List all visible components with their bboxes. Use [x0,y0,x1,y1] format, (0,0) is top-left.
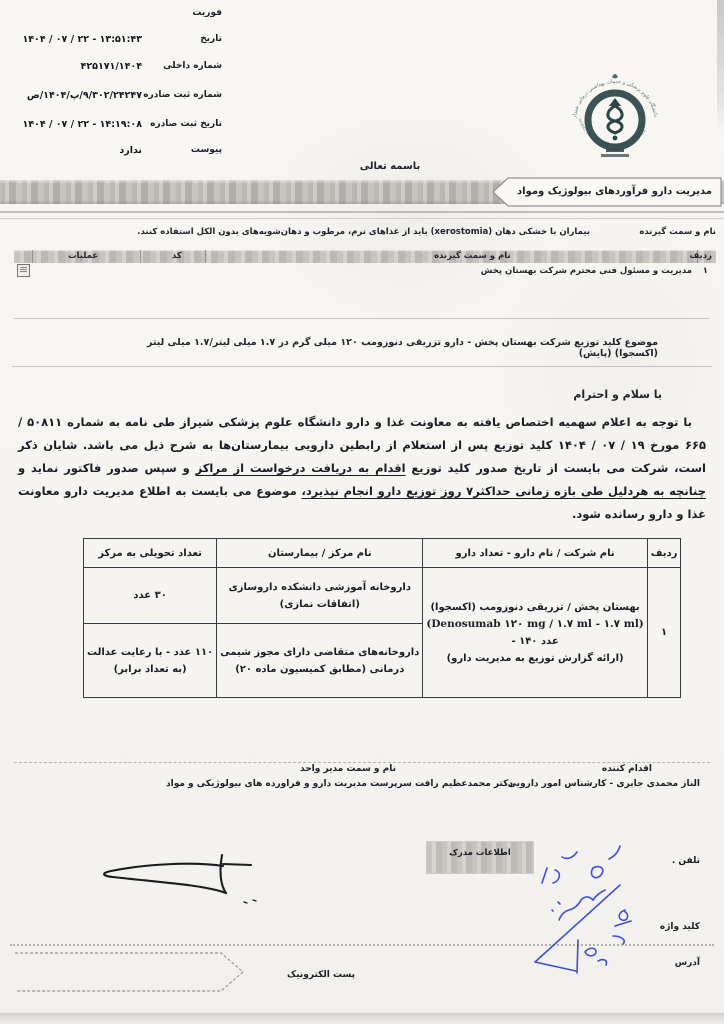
col-header-code: کد [172,251,182,261]
col-header-name: نام و سمت گیرنده [434,251,511,261]
column-divider [32,250,33,263]
col-header-actions: عملیات [68,251,98,261]
cell-center-name: داروخانه آموزشی دانشکده داروسازی (اتفاقا… [217,568,423,624]
column-divider [205,250,206,263]
cell-center-qty: ۳۰ عدد [84,568,217,624]
scanned-letter-page: فوریت تاریخ ۱۳:۵۱:۴۳ - ۲۲ / ۰۷ / ۱۴۰۴ شم… [0,0,724,1024]
university-logo: دانشگاه علوم پزشکی و خدمات بهداشتی درمان… [560,65,670,177]
recipient-health-tip: بیماران با خشکی دهان (xerostomia) باید ا… [137,227,590,237]
drug-line: بهستان پخش / تزریقی دنوزومب (اکسجوا) [426,599,643,616]
th-center: نام مرکز / بیمارستان [217,539,423,568]
th-qty: تعداد تحویلی به مرکز [84,539,217,568]
section-divider [14,318,710,319]
drug-line: - ۱۴۰ عدد [426,633,643,650]
column-divider [140,250,141,263]
meta-value: ۹/۳۰۲/۲۴۲۴۷/پ/۱۴۰۴/ص [27,90,142,101]
th-row-index: ردیف [647,539,681,568]
handwritten-signature-icon [95,845,265,910]
section-divider [12,366,712,367]
address-label: آدرس [675,958,700,968]
cell-drug-info: بهستان پخش / تزریقی دنوزومب (اکسجوا) (De… [423,568,647,698]
keyword-label: کلید واژه [660,922,700,932]
university-seal-icon: دانشگاه علوم پزشکی و خدمات بهداشتی درمان… [560,65,670,177]
scan-edge-artifact [717,0,724,130]
meta-label: تاریخ [200,34,222,44]
phone-label: تلفن . [672,856,700,866]
table-header-row: ردیف نام شرکت / نام دارو - تعداد دارو نا… [84,539,681,568]
recipient-row-index: ۱ [703,266,708,276]
recipient-row-name: مدیریت و مسئول فنی محترم شرکت بهستان پخش [481,266,692,276]
subject-line: موضوع کلید توزیع شرکت بهستان پخش - دارو … [110,337,658,359]
body-paragraph: با توجه به اعلام سهمیه اختصاص یافته به م… [18,411,706,526]
cell-row-index: ۱ [647,568,681,698]
distribution-table: ردیف نام شرکت / نام دارو - تعداد دارو نا… [83,538,681,698]
department-banner-label: مدیریت دارو فرآوردهای بیولوژیک ومواد [512,177,717,207]
col-header-row: ردیف [689,251,712,261]
qty-line: ۱۱۰ عدد - با رعایت عدالت [87,644,213,661]
body-segment: چنانچه به هردلیل طی بازه زمانی حداکثر۷ ر… [302,484,707,498]
center-name-line: داروخانه آموزشی دانشکده داروسازی [220,579,419,596]
unit-manager-label: نام و سمت مدیر واحد [300,764,396,774]
cell-center-qty: ۱۱۰ عدد - با رعایت عدالت (به تعداد برابر… [84,624,217,698]
recipient-table-header: ردیف نام و سمت گیرنده کد عملیات [14,250,716,263]
center-name-line: درمانی (مطابق کمیسیون ماده ۲۰) [220,661,419,678]
meta-label: تاریخ ثبت صادره [150,119,222,129]
doc-info-stamp-label: اطلاعات مدرک [427,848,533,858]
blue-pen-annotation-icon [525,840,645,980]
meta-label-urgency: فوریت [192,8,222,18]
body-segment: و سپس صدور فاکتور نماید و [18,461,196,475]
meta-value: ۱۴:۱۹:۰۸ - ۲۲ / ۰۷ / ۱۴۰۴ [22,119,142,130]
operations-icon [17,264,30,277]
body-segment: اقدام به دریافت درخواست از مراکز [196,461,406,475]
qty-line: (به تعداد برابر) [87,661,213,678]
signature-divider [14,762,710,763]
header-divider [0,211,724,219]
initiator-name: الناز محمدی جابری - کارشناس امور دارویی [508,779,700,789]
email-label: پست الکترونیک [287,970,355,980]
recipient-section-label: نام و سمت گیرنده [639,227,716,237]
table-row: ۱ بهستان پخش / تزریقی دنوزومب (اکسجوا) (… [84,568,681,624]
center-name-line: (اتفاقات نمازی) [220,596,419,613]
meta-value: ۱۳:۵۱:۴۳ - ۲۲ / ۰۷ / ۱۴۰۴ [22,34,142,45]
drug-line: (ارائه گزارش توزیع به مدیریت دارو) [426,650,643,667]
greeting-line: با سلام و احترام [573,388,662,401]
scan-edge-artifact [0,1013,724,1024]
meta-label: شماره داخلی [163,61,222,71]
qty-line: ۳۰ عدد [87,587,213,604]
meta-value: ندارد [119,145,142,156]
meta-value: ۴۲۵۱۷۱/۱۴۰۴ [81,61,142,72]
drug-line-latin: (Denosumab ۱۲۰ mg / ۱.۷ ml - ۱.۷ ml) [426,616,643,633]
doc-info-stamp: اطلاعات مدرک [427,842,533,873]
center-name-line: داروخانه‌های متقاضی دارای مجوز شیمی [220,644,419,661]
meta-label: شماره ثبت صادره [143,90,222,100]
initiator-label: اقدام کننده [602,764,652,774]
footer-arrow-outline [12,948,252,996]
cell-center-name: داروخانه‌های متقاضی دارای مجوز شیمی درما… [217,624,423,698]
th-company-drug: نام شرکت / نام دارو - تعداد دارو [423,539,647,568]
besmellah-text: باسمه تعالی [340,161,440,172]
department-banner: مدیریت دارو فرآوردهای بیولوژیک ومواد [492,177,722,207]
meta-label: پیوست [191,145,222,155]
unit-manager-name: دکتر محمدعظیم رافت سرپرست مدیریت دارو و … [166,779,513,789]
